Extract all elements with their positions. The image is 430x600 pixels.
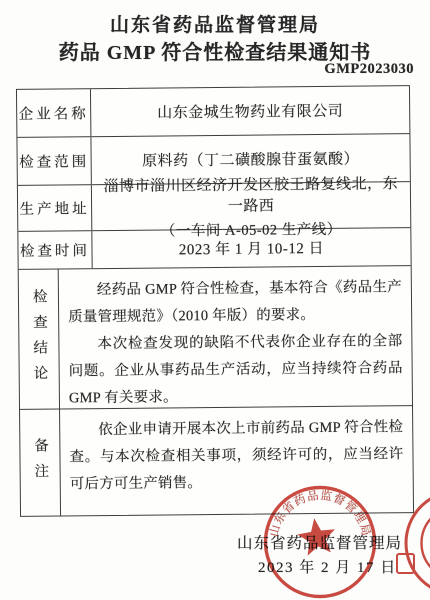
table-row-remarks: 备注 依企业申请开展本次上市前药品 GMP 符合性检查。与本次检查相关事项，须经… [20, 406, 413, 516]
signature-date: 2023 年 2 月 17 日 [258, 556, 397, 577]
signature-agency-name: 山东省药品监督管理局 [237, 531, 402, 553]
issuing-authority-title: 山东省药品监督管理局 [0, 10, 430, 37]
table-row-enterprise-name: 企业名称 山东金城生物药业有限公司 [17, 86, 409, 138]
inspection-date-value: 2023 年 1 月 10-12 日 [92, 228, 410, 268]
inspection-scope-label: 检查范围 [17, 137, 91, 185]
production-address-line1: 淄博市淄川区经济开发区胶王路复线北，东一路西 [98, 172, 404, 217]
table-row-production-address: 生产地址 淄博市淄川区经济开发区胶王路复线北，东一路西 （一车间 A-05-02… [18, 182, 410, 232]
remarks-label: 备注 [20, 409, 61, 515]
seal-fragment-inner-arc [422, 507, 430, 580]
inspection-form-table: 企业名称 山东金城生物药业有限公司 检查范围 原料药（丁二磺酸腺苷蛋氨酸） 生产… [16, 85, 414, 517]
enterprise-name-label: 企业名称 [17, 89, 91, 137]
conclusion-paragraph-2: 本次检查发现的缺陷不代表你企业存在的全部问题。企业从事药品生产活动，应当持续符合… [68, 328, 403, 412]
document-page: 山东省药品监督管理局 药品 GMP 符合性检查结果通知书 GMP2023030 … [0, 0, 430, 600]
document-number: GMP2023030 [324, 61, 414, 78]
remarks-value: 依企业申请开展本次上市前药品 GMP 符合性检查。与本次检查相关事项，须经许可的… [60, 406, 413, 515]
conclusion-paragraph-1: 经药品 GMP 符合性检查，基本符合《药品生产质量管理规范》（2010 年版）的… [68, 274, 403, 331]
inspection-conclusion-label: 检查结论 [19, 269, 60, 408]
table-row-inspection-conclusion: 检查结论 经药品 GMP 符合性检查，基本符合《药品生产质量管理规范》（2010… [19, 266, 412, 410]
remarks-label-text: 备注 [33, 437, 48, 488]
production-address-label: 生产地址 [18, 185, 92, 231]
inspection-conclusion-label-text: 检查结论 [31, 288, 46, 390]
seal-fragment-mark [397, 554, 414, 573]
production-address-value: 淄博市淄川区经济开发区胶王路复线北，东一路西 （一车间 A-05-02 生产线） [92, 182, 410, 230]
remarks-paragraph: 依企业申请开展本次上市前药品 GMP 符合性检查。与本次检查相关事项，须经许可的… [69, 414, 404, 498]
inspection-conclusion-value: 经药品 GMP 符合性检查，基本符合《药品生产质量管理规范》（2010 年版）的… [59, 266, 412, 408]
enterprise-name-value: 山东金城生物药业有限公司 [91, 86, 409, 136]
inspection-date-label: 检查时间 [18, 231, 92, 269]
table-row-inspection-date: 检查时间 2023 年 1 月 10-12 日 [18, 228, 410, 270]
